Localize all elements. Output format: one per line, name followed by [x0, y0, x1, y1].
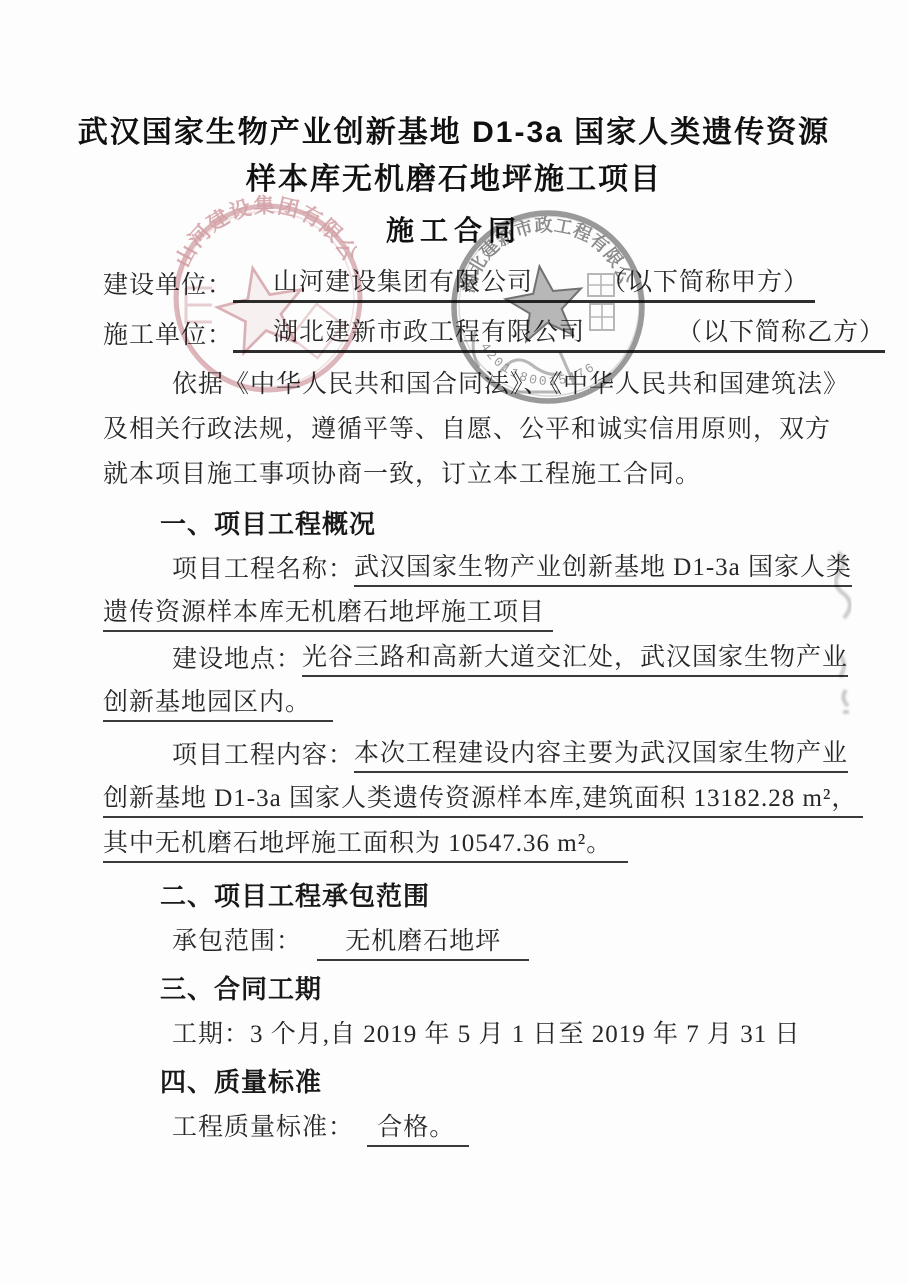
preamble-line2: 及相关行政法规，遵循平等、自愿、公平和诚实信用原则，双方	[103, 413, 831, 447]
preamble-line1: 依据《中华人民共和国合同法》、《中华人民共和国建筑法》	[172, 368, 849, 402]
doc-type-heading: 施工合同	[0, 214, 908, 248]
party-a-row: 建设单位： 山河建设集团有限公司 （以下简称甲方）	[103, 266, 815, 303]
contract-title-line2: 样本库无机磨石地坪施工项目	[0, 163, 908, 197]
duration-line: 工期：3 个月,自 2019 年 5 月 1 日至 2019 年 7 月 31 …	[172, 1018, 801, 1052]
section4-heading: 四、质量标准	[160, 1065, 322, 1099]
quality-label: 工程质量标准：	[172, 1114, 354, 1141]
project-name-value-line1: 武汉国家生物产业创新基地 D1-3a 国家人类	[354, 551, 852, 587]
content-value-line3: 其中无机磨石地坪施工面积为 10547.36 m²。	[103, 827, 628, 863]
project-name-row: 项目工程名称： 武汉国家生物产业创新基地 D1-3a 国家人类	[172, 551, 815, 587]
contract-document-page: 武汉国家生物产业创新基地 D1-3a 国家人类遗传资源 样本库无机磨石地坪施工项…	[0, 0, 908, 1284]
party-b-label: 施工单位：	[103, 319, 233, 353]
content-value-line2: 创新基地 D1-3a 国家人类遗传资源样本库,建筑面积 13182.28 m²，	[103, 782, 863, 818]
party-a-underline: 山河建设集团有限公司 （以下简称甲方）	[233, 266, 815, 303]
project-name-value-line2: 遗传资源样本库无机磨石地坪施工项目	[103, 596, 553, 632]
location-row: 建设地点： 光谷三路和高新大道交汇处，武汉国家生物产业	[172, 641, 815, 677]
contract-title-line1: 武汉国家生物产业创新基地 D1-3a 国家人类遗传资源	[0, 116, 908, 150]
party-b-row: 施工单位： 湖北建新市政工程有限公司 （以下简称乙方）	[103, 316, 860, 353]
section1-heading: 一、项目工程概况	[160, 507, 376, 541]
content-row: 项目工程内容： 本次工程建设内容主要为武汉国家生物产业	[172, 737, 815, 773]
party-b-underline: 湖北建新市政工程有限公司 （以下简称乙方）	[233, 316, 885, 353]
party-a-label: 建设单位：	[103, 269, 233, 303]
project-name-label: 项目工程名称：	[172, 553, 354, 587]
location-value-line1: 光谷三路和高新大道交汇处，武汉国家生物产业	[302, 641, 848, 677]
quality-value: 合格。	[367, 1111, 469, 1147]
location-label: 建设地点：	[172, 643, 302, 677]
preamble-line3: 就本项目施工事项协商一致，订立本工程施工合同。	[103, 458, 701, 492]
party-b-name: 湖北建新市政工程有限公司	[273, 316, 585, 350]
location-value-line2: 创新基地园区内。	[103, 686, 333, 722]
content-value-line1: 本次工程建设内容主要为武汉国家生物产业	[354, 737, 848, 773]
section3-heading: 三、合同工期	[160, 972, 322, 1006]
party-a-alias: （以下简称甲方）	[601, 266, 809, 300]
quality-row: 工程质量标准： 合格。	[172, 1111, 469, 1147]
scope-value: 无机磨石地坪	[317, 925, 529, 961]
scope-row: 承包范围： 无机磨石地坪	[172, 925, 529, 961]
scope-label: 承包范围：	[172, 928, 302, 955]
party-a-name: 山河建设集团有限公司	[273, 266, 533, 300]
party-b-alias: （以下简称乙方）	[677, 316, 885, 350]
section2-heading: 二、项目工程承包范围	[160, 879, 430, 913]
content-label: 项目工程内容：	[172, 739, 354, 773]
